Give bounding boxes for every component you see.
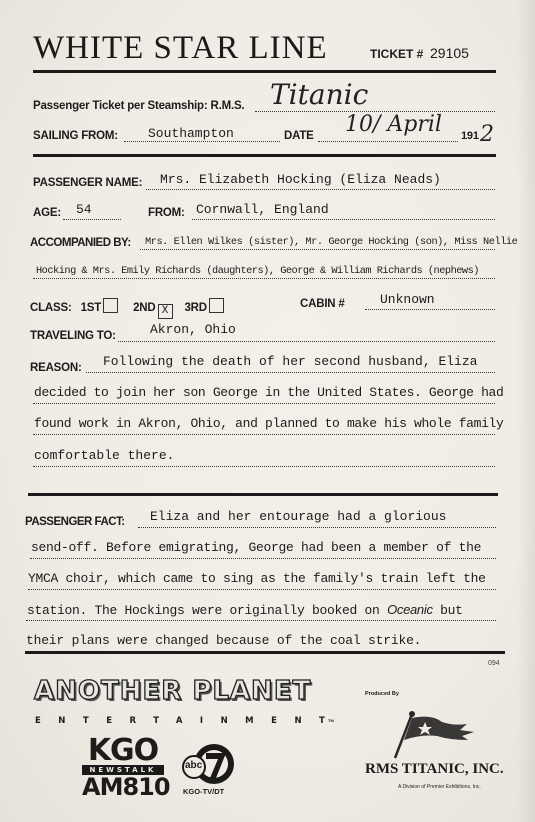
passenger-name-dots: [146, 189, 495, 190]
reason-dots-2: [33, 403, 495, 404]
from-label: FROM:: [148, 207, 185, 219]
class-1st-label: 1ST: [81, 302, 102, 314]
card-code: 094: [488, 660, 500, 667]
class-3rd-label: 3RD: [184, 302, 206, 314]
ship-label: Passenger Ticket per Steamship: R.M.S.: [33, 100, 244, 112]
rms-titanic-subtitle: A Division of Premier Exhibitions, Inc.: [398, 784, 481, 790]
accompanied-dots-2: [33, 278, 495, 279]
ticket-title: WHITE STAR LINE: [33, 30, 328, 67]
fact-line-1: Eliza and her entourage had a glorious: [150, 509, 446, 524]
abc-caption: KGO-TV/DT: [183, 787, 224, 796]
sailing-from-dots: [124, 141, 280, 142]
fact-line-5: their plans were changed because of the …: [26, 633, 421, 648]
fact-dots-2: [30, 558, 496, 559]
age-label: AGE:: [33, 207, 61, 219]
date-label: DATE: [284, 130, 314, 142]
class-2nd-label: 2ND: [133, 302, 155, 314]
ticket-number-label: TICKET #: [370, 47, 423, 61]
reason-label: REASON:: [30, 362, 82, 374]
ship-value: Titanic: [270, 78, 368, 111]
date-dots: [318, 141, 458, 142]
sailing-rule: [33, 154, 496, 157]
age-dots: [63, 219, 121, 220]
reason-dots-3: [33, 434, 495, 435]
another-planet-logo: ANOTHER PLANET: [34, 676, 311, 706]
kgo-am810: AM810: [82, 776, 164, 798]
age-value: 54: [76, 202, 92, 217]
passenger-name-label: PASSENGER NAME:: [33, 177, 142, 189]
reason-line-3: found work in Akron, Ohio, and planned t…: [34, 416, 503, 431]
white-star-flag-icon: [392, 710, 482, 760]
traveling-to-dots: [118, 341, 495, 342]
traveling-to-label: TRAVELING TO:: [30, 330, 116, 342]
fact-line-4: station. The Hockings were originally bo…: [27, 602, 463, 618]
class-2nd-checkbox[interactable]: X: [158, 304, 173, 319]
cabin-value: Unknown: [380, 292, 435, 307]
passenger-name-value: Mrs. Elizabeth Hocking (Eliza Neads): [160, 172, 441, 187]
section-rule: [28, 493, 498, 496]
from-dots: [192, 219, 495, 220]
class-label: CLASS:: [30, 302, 72, 314]
class-3rd-checkbox[interactable]: [209, 298, 224, 313]
rms-titanic-logo: RMS TITANIC, INC.: [365, 761, 504, 778]
accompanied-line-2: Hocking & Mrs. Emily Richards (daughters…: [36, 265, 479, 277]
sailing-from-value: Southampton: [148, 126, 234, 141]
class-row: CLASS: 1ST 2NDX 3RD: [30, 298, 224, 319]
accompanied-dots-1: [140, 249, 495, 250]
trademark-symbol: TM: [328, 718, 334, 723]
reason-line-4: comfortable there.: [34, 448, 174, 463]
sailing-from-label: SAILING FROM:: [33, 130, 118, 142]
abc-text: abc: [185, 760, 202, 771]
ticket-number: 29105: [430, 45, 469, 61]
reason-dots-1: [86, 372, 495, 373]
kgo-top: KGO: [82, 738, 164, 764]
cabin-dots: [365, 309, 495, 310]
traveling-to-value: Akron, Ohio: [150, 322, 236, 337]
fact-line-3: YMCA choir, which came to sing as the fa…: [28, 571, 486, 586]
paper-edge-shadow: [517, 0, 535, 822]
class-1st-checkbox[interactable]: [103, 298, 118, 313]
reason-line-2: decided to join her son George in the Un…: [34, 385, 503, 400]
bottom-rule: [25, 651, 505, 654]
accompanied-label: ACCOMPANIED BY:: [30, 237, 131, 249]
kgo-radio-logo: KGO NEWSTALK AM810: [82, 738, 164, 798]
accompanied-line-1: Mrs. Ellen Wilkes (sister), Mr. George H…: [145, 236, 517, 248]
year-prefix: 191: [461, 130, 479, 142]
fact-dots-3: [28, 589, 496, 590]
passenger-fact-label: PASSENGER FACT:: [25, 516, 125, 528]
fact-dots-1: [138, 527, 496, 528]
produced-by-label: Produced By: [365, 691, 399, 697]
year-suffix: 2: [480, 122, 494, 147]
from-value: Cornwall, England: [196, 202, 329, 217]
cabin-label: CABIN #: [300, 298, 345, 310]
date-value: 10/ April: [345, 112, 442, 137]
abc7-logo: abc KGO-TV/DT: [182, 740, 238, 800]
reason-line-1: Following the death of her second husban…: [103, 354, 477, 369]
header-rule: [33, 70, 496, 73]
reason-dots-4: [33, 466, 495, 467]
ship-name-oceanic: Oceanic: [387, 602, 433, 617]
fact-line-2: send-off. Before emigrating, George had …: [31, 540, 481, 555]
fact-dots-4: [26, 620, 496, 621]
entertainment-wordmark: ENTERTAINMENT: [35, 716, 342, 726]
